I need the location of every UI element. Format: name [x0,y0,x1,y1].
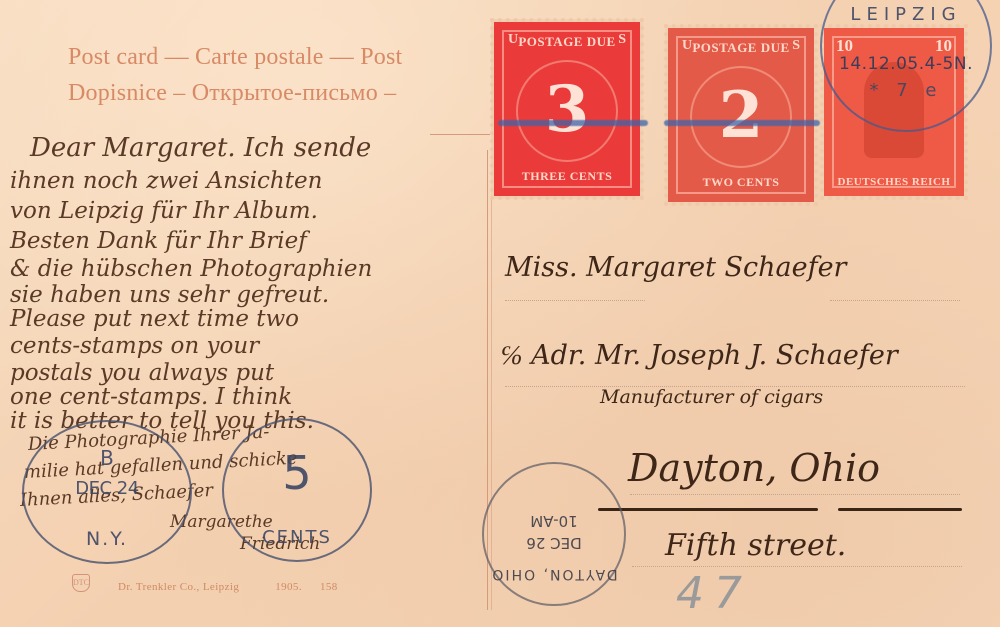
postmark-date: 14.12.05.4-5N. [822,54,990,74]
message-line: cents-stamps on your [10,333,259,359]
message-line: ihnen noch zwei Ansichten [10,168,322,194]
stamp-bottom-text: THREE CENTS [494,169,640,184]
address-line-occupation: Manufacturer of cigars [600,386,823,408]
postmark-letter: B [24,446,190,470]
postmark-new-york: B DEC 24 N.Y. [22,420,192,564]
publisher-number: 158 [320,581,338,593]
stamp-postage-due-3c: U S POSTAGE DUE 3 THREE CENTS [494,22,640,196]
address-line-care-of: ℅ Adr. Mr. Joseph J. Schaefer [500,340,898,371]
postmark-time: 10-AM [484,512,624,530]
postmark-city: LEIPZIG [822,4,990,25]
cancel-bar-2 [664,120,820,126]
stamp-bottom-text: TWO CENTS [668,175,814,190]
publisher-imprint: Dr. Trenkler Co., Leipzig1905.158 [118,581,338,593]
postmark-dayton: DAYTON, OHIO DEC 26 10-AM [482,462,626,606]
postmark-city: DAYTON, OHIO [484,566,624,582]
stamp-top-text: POSTAGE DUE [494,34,640,50]
address-rule-3 [630,494,960,495]
publisher-logo-icon: DTC [72,574,90,592]
city-underline-2 [838,508,962,511]
address-rule-1a [505,300,645,301]
divider-top-rule [430,134,490,135]
message-line: postals you always put [10,360,274,386]
pencil-note: 47 [676,568,752,619]
postmark-city: N.Y. [24,528,190,550]
postmark-value: 5 [224,446,370,500]
address-rule-1b [830,300,960,301]
stamp-postage-due-2c: U S POSTAGE DUE 2 TWO CENTS [668,28,814,202]
message-line: Besten Dank für Ihr Brief [10,228,307,254]
message-line: Please put next time two [10,306,299,332]
postcard-header-line-1: Post card — Carte postale — Post [68,44,402,71]
postcard-header-line-2: Dopisnice – Открытое-письмо – [68,80,396,107]
message-line: sie haben uns sehr gefreut. [10,282,329,308]
publisher-name: Dr. Trenkler Co., Leipzig [118,581,239,593]
address-rule-4 [632,566,962,567]
message-line: one cent-stamps. I think [10,384,292,410]
stamp-value: 3 [494,72,640,147]
postmark-date: DEC 26 [484,534,624,552]
stamp-value: 2 [668,78,814,153]
stamp-top-text: POSTAGE DUE [668,40,814,56]
city-underline-1 [598,508,818,511]
postmark-date: DEC 24 [24,478,190,499]
message-line: von Leipzig für Ihr Album. [10,198,318,224]
postmark-due-5-cents: 5 CENTS [222,418,372,562]
postmark-label: CENTS [224,527,370,548]
message-line: & die hübschen Photographien [10,256,372,282]
message-line: Dear Margaret. Ich sende [30,133,371,163]
address-line-street: Fifth street. [665,528,846,563]
postcard-back: Post card — Carte postale — Post Dopisni… [0,0,1000,627]
postmark-code: * 7 e [822,80,990,101]
stamp-bottom-text: DEUTSCHES REICH [824,176,964,188]
cancel-bar-1 [498,120,648,126]
address-line-name: Miss. Margaret Schaefer [505,252,846,283]
publisher-year: 1905. [275,581,302,593]
address-line-city: Dayton, Ohio [628,446,880,490]
